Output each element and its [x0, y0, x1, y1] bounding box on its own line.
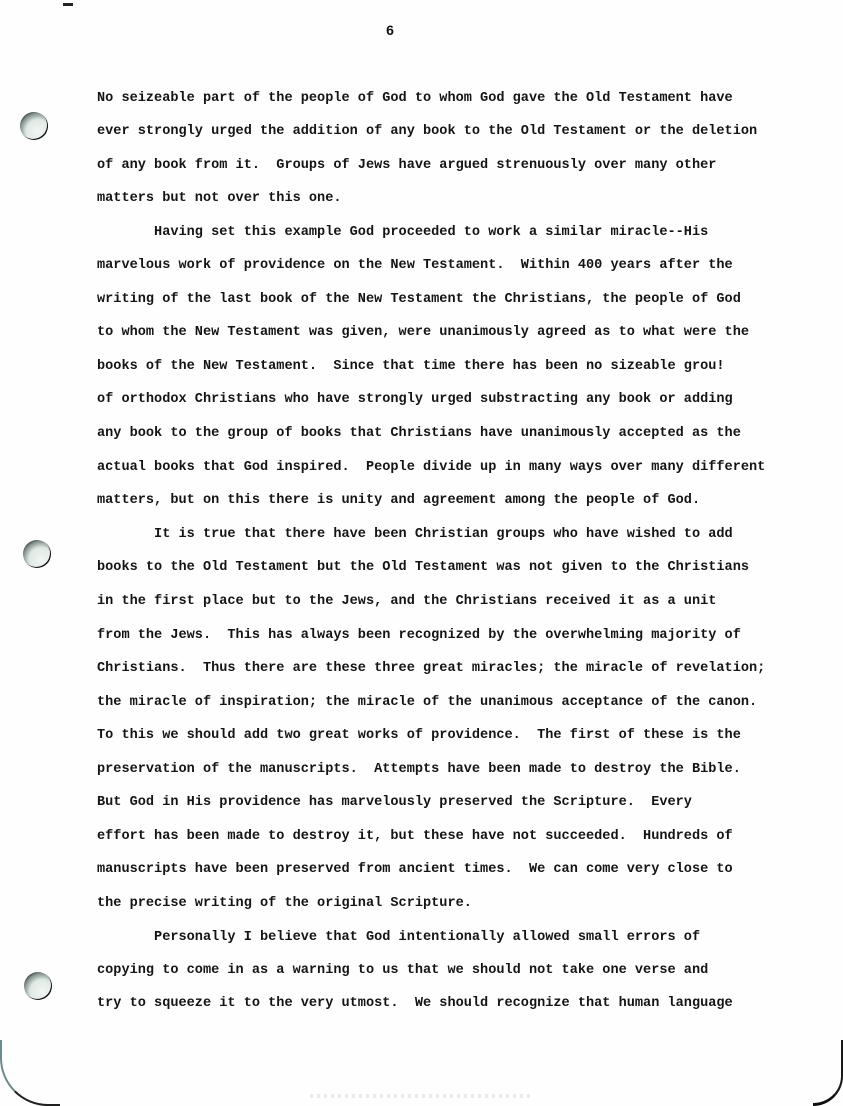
text-line: ever strongly urged the addition of any …	[97, 124, 757, 140]
text-line: matters, but on this there is unity and …	[97, 493, 700, 509]
text-line: of orthodox Christians who have strongly…	[97, 392, 733, 408]
text-line: writing of the last book of the New Test…	[97, 292, 741, 308]
text-line: books of the New Testament. Since that t…	[97, 359, 725, 375]
text-line: books to the Old Testament but the Old T…	[97, 560, 749, 576]
text-line: Christians. Thus there are these three g…	[97, 661, 765, 677]
scan-artifact	[310, 1094, 530, 1098]
text-line: preservation of the manuscripts. Attempt…	[97, 762, 741, 778]
punch-hole-icon	[24, 972, 52, 1000]
text-line: Having set this example God proceeded to…	[97, 225, 708, 241]
text-line: try to squeeze it to the very utmost. We…	[97, 996, 733, 1012]
page-corner	[813, 1040, 843, 1106]
text-line: the precise writing of the original Scri…	[97, 896, 472, 912]
text-line: to whom the New Testament was given, wer…	[97, 325, 749, 341]
text-line: Personally I believe that God intentiona…	[97, 930, 700, 946]
text-line: actual books that God inspired. People d…	[97, 460, 765, 476]
text-line: of any book from it. Groups of Jews have…	[97, 158, 716, 174]
text-line: effort has been made to destroy it, but …	[97, 829, 733, 845]
page-corner	[0, 1040, 60, 1106]
text-line: manuscripts have been preserved from anc…	[97, 862, 733, 878]
text-line: copying to come in as a warning to us th…	[97, 963, 708, 979]
text-line: from the Jews. This has always been reco…	[97, 628, 741, 644]
text-line: matters but not over this one.	[97, 191, 342, 207]
text-line: It is true that there have been Christia…	[97, 527, 733, 543]
text-line: any book to the group of books that Chri…	[97, 426, 741, 442]
scanned-page: 6 No seizeable part of the people of God…	[0, 0, 843, 1106]
text-line: in the first place but to the Jews, and …	[97, 594, 716, 610]
punch-hole-icon	[20, 112, 48, 140]
text-line: marvelous work of providence on the New …	[97, 258, 733, 274]
punch-hole-icon	[23, 540, 51, 568]
scan-mark	[63, 3, 73, 6]
text-line: the miracle of inspiration; the miracle …	[97, 695, 757, 711]
page-number: 6	[240, 22, 540, 38]
text-line: But God in His providence has marvelousl…	[97, 795, 692, 811]
text-line: No seizeable part of the people of God t…	[97, 91, 733, 107]
text-line: To this we should add two great works of…	[97, 728, 741, 744]
